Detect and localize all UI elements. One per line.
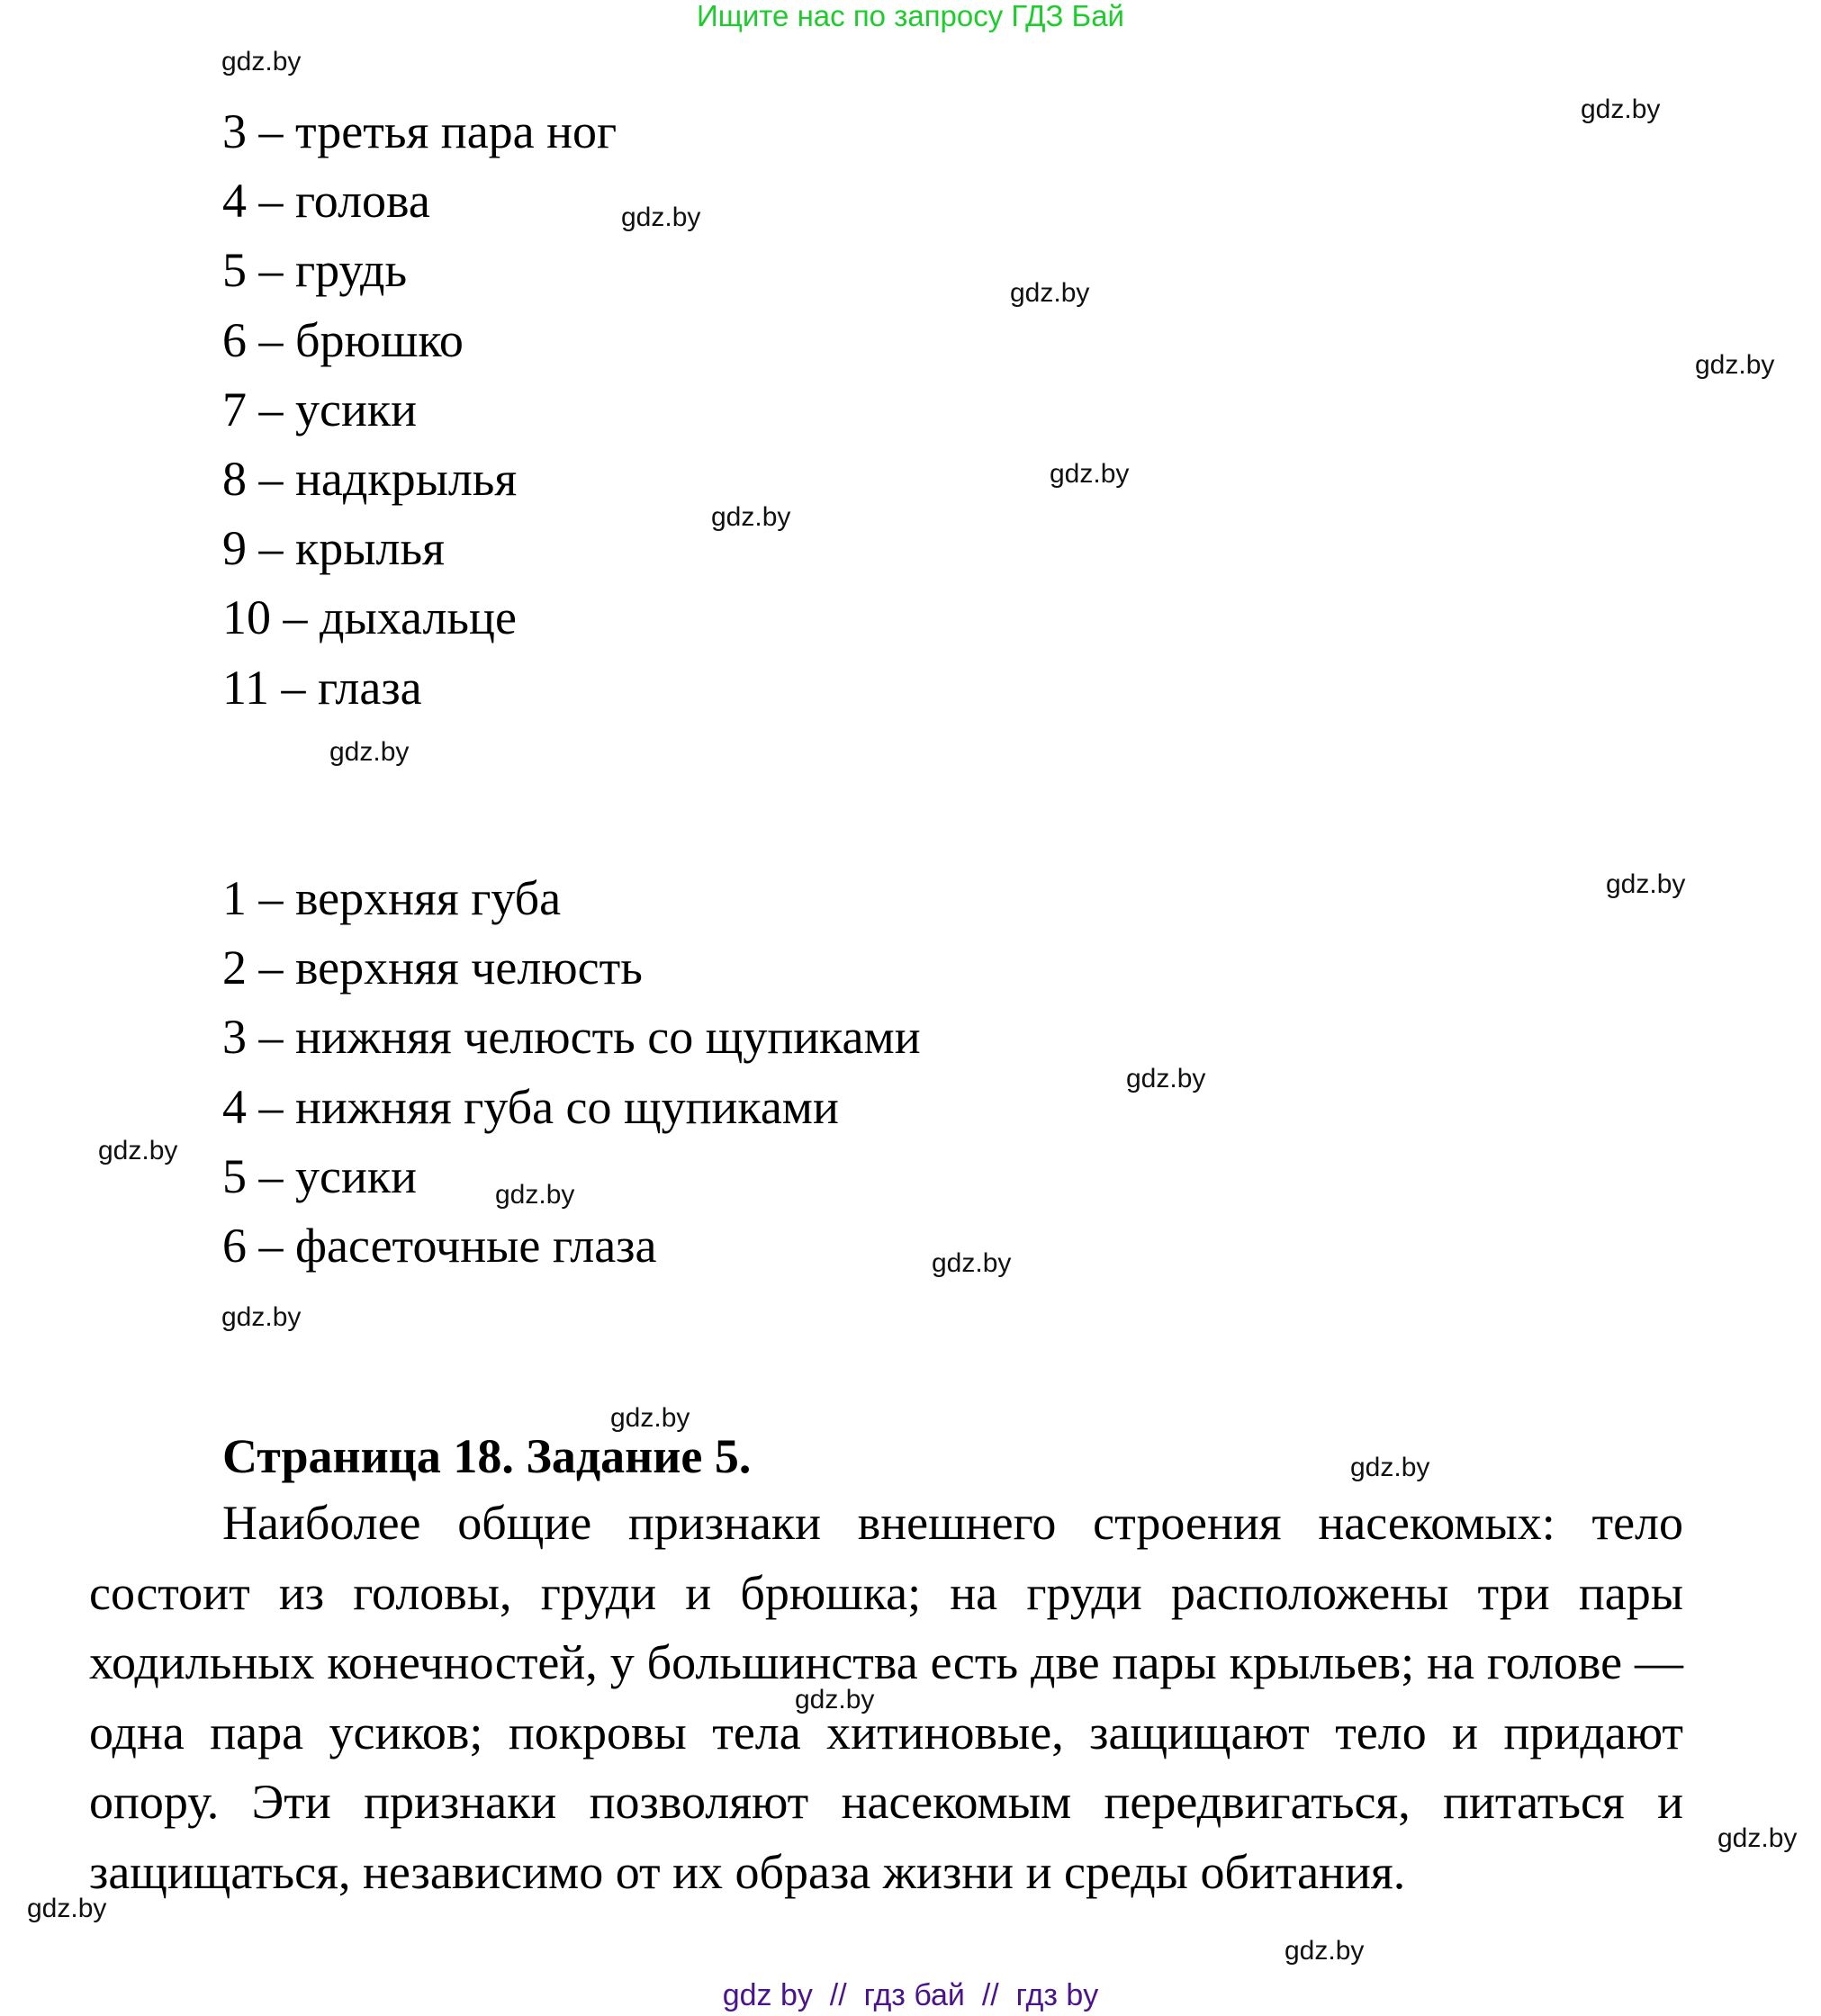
watermark: gdz.by <box>1695 351 1774 380</box>
list-item: 9 – крылья <box>222 514 617 583</box>
watermark: gdz.by <box>711 503 790 532</box>
list-item: 6 – брюшко <box>222 306 617 375</box>
watermark: gdz.by <box>1717 1824 1797 1853</box>
insect-parts-list: 3 – третья пара ног 4 – голова 5 – грудь… <box>222 97 617 723</box>
task-answer-paragraph: Наиболее общие признаки внешнего строени… <box>89 1489 1683 1907</box>
watermark: gdz.by <box>221 1303 301 1332</box>
list-item: 7 – усики <box>222 375 617 445</box>
list-item: 2 – верхняя челюсть <box>222 933 921 1003</box>
watermark: gdz.by <box>1350 1453 1429 1482</box>
watermark: gdz.by <box>932 1249 1011 1278</box>
list-item: 6 – фасеточные глаза <box>222 1211 921 1281</box>
watermark: gdz.by <box>795 1686 874 1714</box>
list-item: 3 – нижняя челюсть со щупиками <box>222 1003 921 1072</box>
mouth-parts-list: 1 – верхняя губа 2 – верхняя челюсть 3 –… <box>222 864 921 1281</box>
task-heading: Страница 18. Задание 5. <box>222 1424 751 1489</box>
watermark: gdz.by <box>1581 95 1660 124</box>
list-item: 5 – усики <box>222 1142 921 1211</box>
watermark: gdz.by <box>1285 1937 1364 1966</box>
watermark: gdz.by <box>329 738 409 767</box>
list-item: 4 – нижняя губа со щупиками <box>222 1073 921 1142</box>
watermark: gdz.by <box>1010 279 1089 308</box>
watermark: gdz.by <box>1050 460 1129 489</box>
watermark: gdz.by <box>621 203 700 232</box>
list-item: 4 – голова <box>222 166 617 236</box>
list-item: 8 – надкрылья <box>222 445 617 514</box>
list-item: 3 – третья пара ног <box>222 97 617 166</box>
list-item: 11 – глаза <box>222 653 617 723</box>
watermark: gdz.by <box>98 1137 177 1165</box>
watermark: gdz.by <box>221 48 301 76</box>
list-item: 10 – дыхальце <box>222 583 617 652</box>
list-item: 1 – верхняя губа <box>222 864 921 933</box>
watermark: gdz.by <box>1126 1065 1205 1093</box>
watermark: gdz.by <box>27 1894 106 1923</box>
footer-links: gdz by // гдз бай // гдз by <box>0 1978 1821 2012</box>
search-banner: Ищите нас по запросу ГДЗ Бай <box>0 0 1821 32</box>
list-item: 5 – грудь <box>222 236 617 305</box>
watermark: gdz.by <box>1606 870 1685 899</box>
